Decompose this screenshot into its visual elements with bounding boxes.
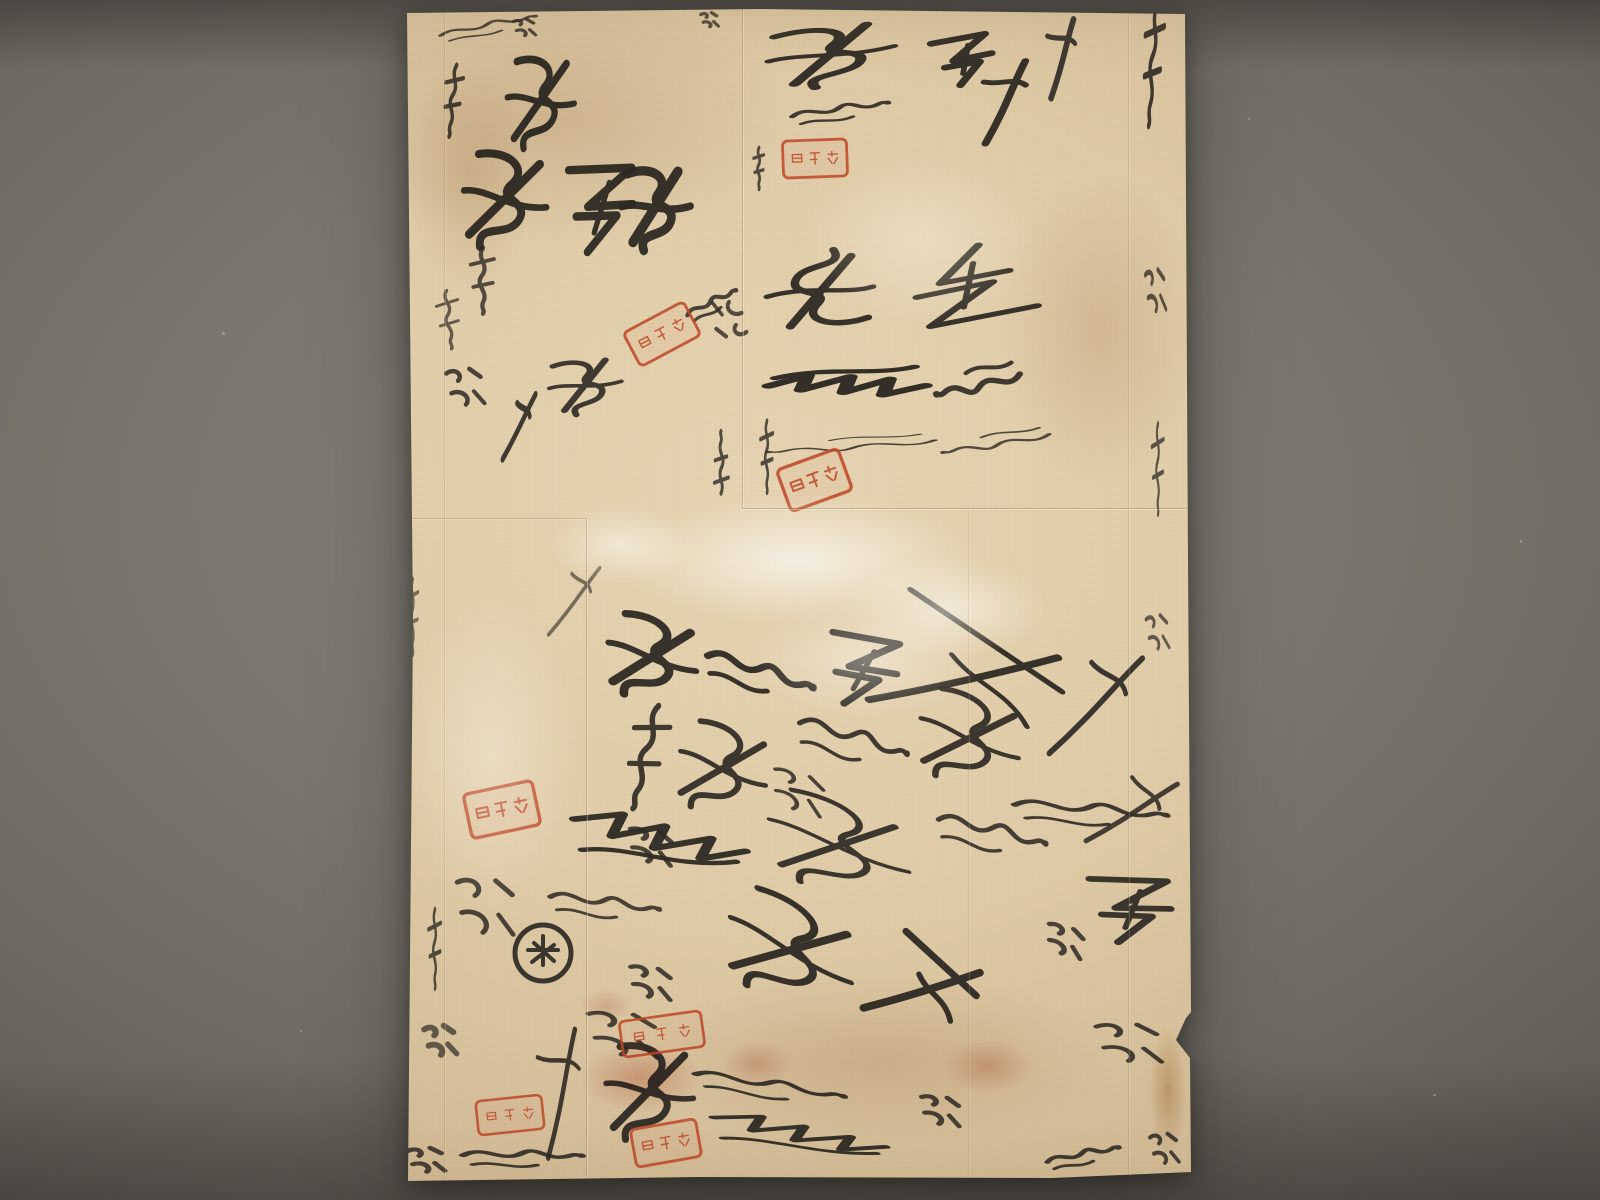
paper-stain: [555, 1030, 725, 1126]
calligraphy-cluster: [558, 159, 638, 257]
paper-stain: [808, 538, 1088, 678]
calligraphy-cluster: [548, 885, 660, 931]
calligraphy-cluster: [462, 1146, 581, 1172]
paper-stain: [550, 940, 1210, 1180]
calligraphy-cluster: [1086, 759, 1177, 866]
calligraphy-cluster: [1146, 615, 1169, 648]
calligraphy-cluster: [408, 1148, 445, 1172]
calligraphy-cluster: [714, 431, 728, 493]
calligraphy-cluster: [428, 909, 441, 988]
calligraphy-cluster: [1042, 921, 1089, 960]
calligraphy-cluster: [760, 421, 773, 492]
calligraphy-cluster: [931, 33, 994, 87]
calligraphy-cluster: [706, 880, 871, 1030]
calligraphy-cluster: [471, 248, 495, 314]
paper-stain: [708, 580, 1028, 740]
calligraphy-cluster: [435, 290, 462, 350]
calligraphy-cluster: [1139, 5, 1166, 126]
red-seal-stamp: [782, 139, 847, 178]
calligraphy-cluster: [424, 1026, 456, 1055]
ink-layer: [0, 0, 1600, 1200]
sheet-seam: [586, 518, 587, 1176]
calligraphy-cluster: [701, 13, 718, 27]
sheet-seam: [444, 13, 445, 1180]
sheet-seam: [742, 508, 1186, 509]
paper-stain: [570, 982, 642, 1030]
calligraphy-cluster: [615, 702, 674, 813]
circled-merchant-mark: [515, 925, 571, 981]
calligraphy-cluster: [1049, 640, 1142, 771]
calligraphy-cluster: [596, 1041, 702, 1152]
red-seal-stamp: [619, 1010, 705, 1057]
calligraphy-cluster: [549, 560, 600, 643]
calligraphy-cluster: [934, 362, 1021, 396]
calligraphy-cluster: [970, 61, 1040, 143]
calligraphy-cluster: [407, 579, 418, 654]
paper-stain: [520, 490, 720, 600]
calligraphy-cluster: [753, 148, 764, 189]
calligraphy-cluster: [902, 682, 1033, 804]
calligraphy-cluster: [711, 1110, 887, 1161]
calligraphy-cluster: [792, 101, 889, 124]
photo-background: [0, 0, 1600, 1200]
calligraphy-cluster: [693, 1064, 844, 1115]
calligraphy-cluster: [764, 247, 875, 328]
calligraphy-cluster: [1094, 1022, 1164, 1063]
paper-stain: [926, 1028, 1050, 1104]
calligraphy-cluster: [451, 875, 520, 936]
calligraphy-cluster: [523, 1029, 600, 1158]
calligraphy-cluster: [446, 369, 484, 405]
calligraphy-cluster: [918, 1093, 964, 1127]
red-seal-stamp: [630, 1119, 702, 1168]
calligraphy-cluster: [1150, 1134, 1179, 1163]
calligraphy-cluster: [548, 359, 624, 417]
sheet-seam: [1128, 14, 1129, 1174]
red-seal-stamp: [623, 301, 701, 366]
calligraphy-cluster: [768, 434, 935, 453]
calligraphy-cluster: [813, 623, 906, 716]
calligraphy-cluster: [1038, 19, 1086, 98]
calligraphy-cluster: [857, 925, 988, 1056]
calligraphy-cluster: [766, 22, 897, 92]
paper-stain: [370, 530, 610, 970]
paper-stain: [1142, 1000, 1194, 1180]
calligraphy-cluster: [912, 240, 1038, 328]
calligraphy-cluster: [856, 582, 1075, 779]
calligraphy-cluster: [503, 391, 536, 462]
calligraphy-cluster: [768, 366, 925, 398]
sheet-seam: [409, 518, 586, 519]
calligraphy-cluster: [1081, 871, 1174, 949]
calligraphy-cluster: [933, 804, 1046, 871]
calligraphy-cluster: [594, 608, 707, 714]
calligraphy-cluster: [1013, 792, 1167, 837]
calligraphy-cluster: [713, 302, 747, 337]
red-seal-stamp: [776, 448, 852, 512]
calligraphy-cluster: [662, 715, 781, 831]
red-seal-stamp: [463, 780, 541, 839]
calligraphy-cluster: [1145, 270, 1166, 311]
manuscript-paper: [0, 0, 1600, 1200]
red-seal-stamp: [475, 1095, 544, 1136]
paper-stain: [709, 1032, 805, 1096]
calligraphy-cluster: [765, 765, 832, 818]
calligraphy-cluster: [570, 808, 748, 873]
calligraphy-cluster: [702, 641, 814, 714]
calligraphy-cluster: [452, 148, 556, 260]
calligraphy-cluster: [1152, 424, 1164, 514]
calligraphy-cluster: [793, 707, 909, 784]
calligraphy-cluster: [624, 825, 678, 867]
paper-stain: [960, 110, 1240, 550]
calligraphy-cluster: [584, 1009, 663, 1060]
calligraphy-cluster: [1047, 1146, 1120, 1169]
paper-stain: [760, 120, 1080, 360]
calligraphy-cluster: [440, 15, 537, 42]
paper-stain: [380, 20, 560, 340]
calligraphy-cluster: [620, 170, 692, 252]
paper-stain: [240, 0, 880, 300]
calligraphy-cluster: [752, 782, 922, 918]
sheet-seam: [968, 508, 969, 1174]
calligraphy-cluster: [941, 427, 1049, 454]
calligraphy-cluster: [500, 56, 579, 154]
calligraphy-cluster: [685, 289, 741, 322]
sheet-seam: [742, 10, 743, 508]
paper-stain: [550, 470, 1050, 650]
calligraphy-cluster: [626, 963, 676, 1001]
calligraphy-cluster: [514, 19, 536, 35]
calligraphy-cluster: [440, 64, 465, 137]
